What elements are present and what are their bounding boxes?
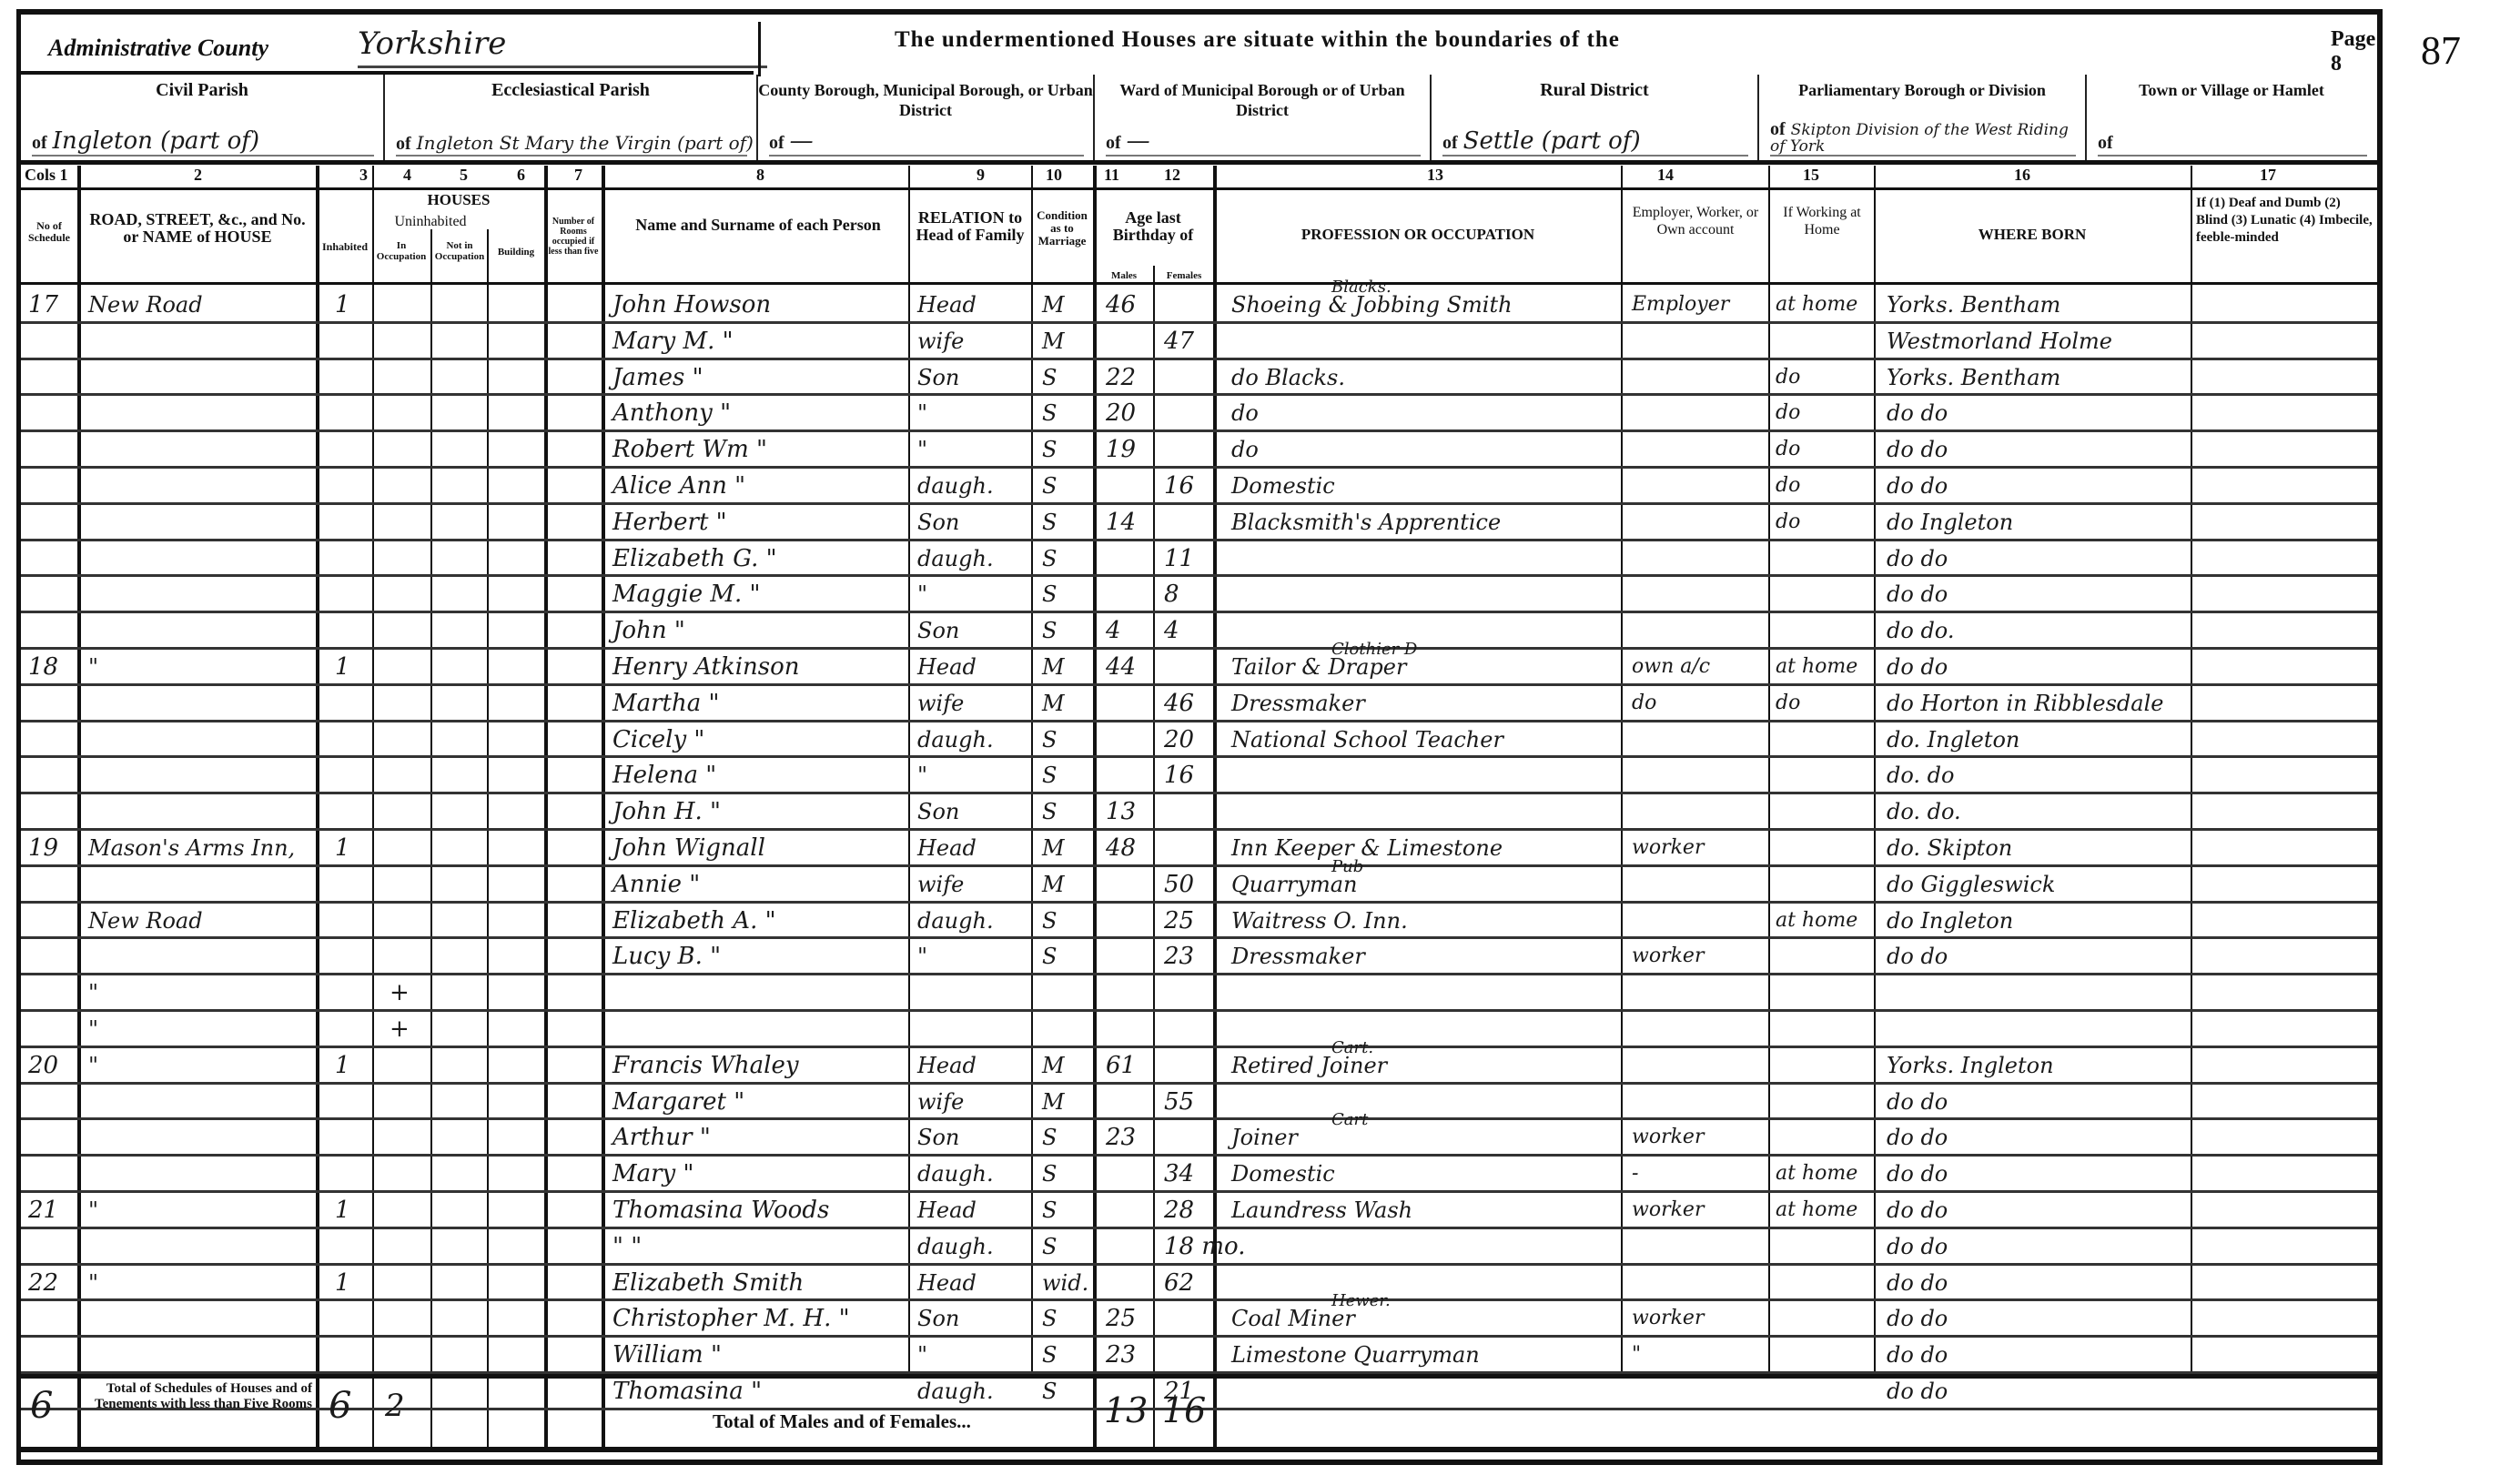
- relation: Son: [917, 614, 959, 647]
- birthplace: do do: [1887, 1267, 1948, 1299]
- row-divider: [21, 321, 2377, 324]
- header-age: Age last Birthday of: [1095, 209, 1211, 244]
- schedule-number: 21: [28, 1194, 58, 1227]
- birthplace: do do: [1887, 433, 1948, 466]
- row-divider: [21, 901, 2377, 904]
- area-value: ofIngleton St Mary the Virgin (part of): [396, 132, 747, 157]
- male-age: 19: [1106, 433, 1136, 466]
- area-label: Ecclesiastical Parish: [385, 80, 756, 100]
- person-name: James ": [612, 361, 703, 394]
- person-name: Elizabeth G. ": [612, 542, 777, 575]
- road-address: ": [88, 1049, 98, 1082]
- occupation: Dressmaker: [1231, 940, 1365, 973]
- female-age: 62: [1164, 1267, 1194, 1299]
- occupation: Blacksmith's Apprentice: [1231, 506, 1501, 539]
- person-name: John Wignall: [612, 832, 765, 864]
- person-name: Arthur ": [612, 1121, 711, 1154]
- totals-males-females-label: Total of Males and of Females...: [713, 1410, 971, 1433]
- area-value: of—: [1106, 127, 1421, 157]
- person-name: John ": [612, 614, 685, 647]
- birthplace: do do: [1887, 1339, 1948, 1371]
- census-sheet: Administrative County Yorkshire The unde…: [16, 9, 2383, 1465]
- female-age: 8: [1164, 578, 1179, 611]
- area-label: Ward of Municipal Borough or of Urban Di…: [1095, 80, 1430, 120]
- birthplace: do Ingleton: [1887, 904, 2013, 937]
- divider: [21, 160, 2377, 165]
- col-line: [2191, 166, 2192, 1376]
- employment-status: own a/c: [1632, 651, 1710, 683]
- occupation: do: [1231, 397, 1259, 429]
- row-divider: [21, 611, 2377, 613]
- birthplace: do do: [1887, 1302, 1948, 1335]
- relation: ": [917, 940, 927, 973]
- birthplace: do Ingleton: [1887, 506, 2013, 539]
- header-in-occupation: In Occupation: [374, 240, 429, 262]
- road-address: New Road: [88, 288, 203, 321]
- birthplace: do do: [1887, 1086, 1948, 1118]
- occupation-note: Hewer.: [1331, 1285, 1391, 1318]
- relation: daugh.: [917, 1157, 994, 1190]
- header-name: Name and Surname of each Person: [622, 217, 895, 234]
- uninhabited-mark: +: [390, 1013, 410, 1046]
- folio-number: 87: [2421, 27, 2461, 74]
- female-age: 46: [1164, 687, 1194, 720]
- occupation: Limestone Quarryman: [1231, 1339, 1480, 1371]
- marital-condition: M: [1042, 651, 1065, 683]
- road-address: New Road: [88, 904, 203, 937]
- occupation: Inn Keeper & Limestone: [1231, 832, 1503, 864]
- female-age: 28: [1164, 1194, 1194, 1227]
- marital-condition: S: [1042, 1157, 1057, 1190]
- area-value: of—: [769, 127, 1084, 157]
- marital-condition: M: [1042, 832, 1065, 864]
- row-divider: [21, 1298, 2377, 1301]
- male-age: 61: [1106, 1049, 1136, 1082]
- male-age: 4: [1106, 614, 1121, 647]
- person-name: Robert Wm ": [612, 433, 767, 466]
- birthplace: do. Skipton: [1887, 832, 2012, 864]
- inhabited-mark: 1: [335, 651, 350, 683]
- female-age: 11: [1164, 542, 1194, 575]
- relation: daugh.: [917, 1230, 994, 1263]
- person-name: Thomasina ": [612, 1375, 762, 1408]
- row-divider: [21, 1190, 2377, 1193]
- row-divider: [21, 358, 2377, 360]
- birthplace: do. Ingleton: [1887, 723, 2019, 756]
- row-divider: [21, 1263, 2377, 1266]
- relation: ": [917, 433, 927, 466]
- road-address: Mason's Arms Inn,: [88, 832, 295, 864]
- person-name: Martha ": [612, 687, 719, 720]
- occupation-note: Pub: [1331, 851, 1363, 884]
- marital-condition: S: [1042, 1194, 1057, 1227]
- person-name: Alice Ann ": [612, 470, 745, 502]
- relation: Head: [917, 1267, 977, 1299]
- person-name: Henry Atkinson: [612, 651, 800, 683]
- marital-condition: M: [1042, 288, 1065, 321]
- header-not-in-occupation: Not in Occupation: [432, 240, 487, 262]
- area-value: of: [2098, 127, 2367, 157]
- person-name: Margaret ": [612, 1086, 744, 1118]
- male-age: 14: [1106, 506, 1136, 539]
- birthplace: do. do: [1887, 759, 1954, 792]
- marital-condition: M: [1042, 1086, 1065, 1118]
- totals-males: 13: [1104, 1394, 1148, 1427]
- page-number: Page 8: [2331, 27, 2377, 76]
- divider: [21, 1447, 2377, 1452]
- marital-condition: M: [1042, 687, 1065, 720]
- male-age: 23: [1106, 1339, 1136, 1371]
- birthplace: do do: [1887, 578, 1948, 611]
- header-infirmity: If (1) Deaf and Dumb (2) Blind (3) Lunat…: [2196, 195, 2374, 247]
- occupation-note: Clothier D: [1331, 633, 1417, 666]
- relation: daugh.: [917, 904, 994, 937]
- relation: ": [917, 397, 927, 429]
- row-divider: [21, 720, 2377, 722]
- working-at-home: at home: [1776, 288, 1857, 321]
- birthplace: Yorks. Bentham: [1887, 361, 2060, 394]
- occupation: Waitress O. Inn.: [1231, 904, 1408, 937]
- schedule-number: 19: [28, 832, 58, 864]
- male-age: 13: [1106, 795, 1136, 828]
- area-label: Civil Parish: [21, 80, 383, 100]
- working-at-home: do: [1776, 687, 1800, 720]
- divider: [21, 187, 2377, 190]
- male-age: 44: [1106, 651, 1136, 683]
- marital-condition: S: [1042, 361, 1057, 394]
- female-age: 4: [1164, 614, 1179, 647]
- birthplace: do do: [1887, 1194, 1948, 1227]
- relation: daugh.: [917, 542, 994, 575]
- totals-schedules-count: 6: [30, 1389, 53, 1422]
- person-name: Herbert ": [612, 506, 727, 539]
- inhabited-mark: 1: [335, 288, 350, 321]
- working-at-home: at home: [1776, 904, 1857, 937]
- male-age: 25: [1106, 1302, 1136, 1335]
- marital-condition: wid.: [1042, 1267, 1088, 1299]
- relation: wife: [917, 325, 964, 358]
- row-divider: [21, 792, 2377, 794]
- area-ward: Ward of Municipal Borough or of Urban Di…: [1095, 75, 1432, 162]
- occupation: Domestic: [1231, 1157, 1335, 1190]
- occupation-note: Blacks.: [1331, 271, 1392, 304]
- relation: Son: [917, 795, 959, 828]
- person-name: Helena ": [612, 759, 716, 792]
- female-age: 16: [1164, 470, 1194, 502]
- divider: [758, 22, 761, 76]
- birthplace: do Giggleswick: [1887, 868, 2055, 901]
- row-divider: [21, 1227, 2377, 1229]
- female-age: 20: [1164, 723, 1194, 756]
- row-divider: [21, 936, 2377, 939]
- working-at-home: do: [1776, 470, 1800, 502]
- row-divider: [21, 683, 2377, 686]
- schedule-number: 20: [28, 1049, 58, 1082]
- inhabited-mark: 1: [335, 1049, 350, 1082]
- occupation: National School Teacher: [1231, 723, 1503, 756]
- col-line: [1621, 166, 1623, 1376]
- header-employer: Employer, Worker, or Own account: [1624, 204, 1766, 238]
- road-address: ": [88, 1013, 98, 1046]
- relation: ": [917, 759, 927, 792]
- female-age: 47: [1164, 325, 1194, 358]
- row-divider: [21, 1335, 2377, 1338]
- birthplace: do do: [1887, 1121, 1948, 1154]
- area-civil-parish: Civil Parish ofIngleton (part of): [21, 75, 385, 162]
- working-at-home: do: [1776, 397, 1800, 429]
- col-line: [1153, 266, 1155, 1449]
- marital-condition: S: [1042, 1121, 1057, 1154]
- row-divider: [21, 864, 2377, 867]
- relation: Son: [917, 1302, 959, 1335]
- row-divider: [21, 466, 2377, 469]
- col-line: [1768, 166, 1770, 1376]
- area-label: Town or Village or Hamlet: [2087, 80, 2376, 100]
- person-name: Elizabeth A. ": [612, 904, 776, 937]
- person-name: Mary M. ": [612, 325, 734, 358]
- row-divider: [21, 539, 2377, 541]
- employment-status: worker: [1632, 1194, 1704, 1227]
- employment-status: do: [1632, 687, 1656, 720]
- male-age: 20: [1106, 397, 1136, 429]
- marital-condition: S: [1042, 542, 1057, 575]
- person-name: William ": [612, 1339, 722, 1371]
- row-divider: [21, 1154, 2377, 1157]
- area-label: County Borough, Municipal Borough, or Ur…: [758, 80, 1093, 120]
- row-divider: [21, 755, 2377, 758]
- birthplace: do do: [1887, 940, 1948, 973]
- male-age: 22: [1106, 361, 1136, 394]
- header-schedule: No of Schedule: [21, 220, 77, 244]
- schedule-number: 17: [28, 288, 58, 321]
- header-at-home: If Working at Home: [1772, 204, 1872, 238]
- birthplace: do do: [1887, 470, 1948, 502]
- person-name: Anthony ": [612, 397, 731, 429]
- employment-status: worker: [1632, 832, 1704, 864]
- divider: [21, 1374, 2377, 1379]
- female-age: 34: [1164, 1157, 1194, 1190]
- person-name: Elizabeth Smith: [612, 1267, 804, 1299]
- column-numbers: Cols 1 2 3 4 5 6 7 8 9 10 11 12 13 14 15…: [21, 166, 2377, 186]
- birthplace: do do: [1887, 1230, 1948, 1263]
- birthplace: do do.: [1887, 614, 1954, 647]
- person-name: Thomasina Woods: [612, 1194, 829, 1227]
- relation: ": [917, 1339, 927, 1371]
- person-name: Christopher M. H. ": [612, 1302, 850, 1335]
- marital-condition: M: [1042, 1049, 1065, 1082]
- marital-condition: M: [1042, 325, 1065, 358]
- road-address: ": [88, 1267, 98, 1299]
- marital-condition: S: [1042, 795, 1057, 828]
- row-divider: [21, 1082, 2377, 1085]
- header-road: ROAD, STREET, &c., and No. or NAME of HO…: [81, 211, 314, 246]
- inhabited-mark: 1: [335, 1267, 350, 1299]
- totals-inhabited: 6: [329, 1389, 351, 1422]
- road-address: ": [88, 976, 98, 1009]
- person-name: Maggie M. ": [612, 578, 761, 611]
- marital-condition: S: [1042, 1339, 1057, 1371]
- marital-condition: S: [1042, 578, 1057, 611]
- relation: daugh.: [917, 1375, 994, 1408]
- header-rooms: Number of Rooms occupied if less than fi…: [546, 217, 601, 257]
- header-occupation: PROFESSION OR OCCUPATION: [1222, 226, 1614, 243]
- header-relation: RELATION to Head of Family: [911, 209, 1029, 244]
- header-houses: HOUSES: [374, 191, 543, 208]
- admin-county-label: Administrative County: [48, 35, 268, 62]
- occupation: do Blacks.: [1231, 361, 1345, 394]
- marital-condition: S: [1042, 1230, 1057, 1263]
- area-parliamentary-division: Parliamentary Borough or Division ofSkip…: [1759, 75, 2087, 162]
- person-name: John Howson: [612, 288, 771, 321]
- row-divider: [21, 1009, 2377, 1012]
- area-label: Parliamentary Borough or Division: [1759, 80, 2085, 100]
- col-line: [487, 229, 489, 1449]
- person-name: Cicely ": [612, 723, 704, 756]
- person-name: Lucy B. ": [612, 940, 721, 973]
- row-divider: [21, 393, 2377, 396]
- employment-status: Employer: [1632, 288, 1729, 321]
- person-name: Francis Whaley: [612, 1049, 799, 1082]
- birthplace: do do: [1887, 651, 1948, 683]
- working-at-home: do: [1776, 506, 1800, 539]
- occupation: do: [1231, 433, 1259, 466]
- row-divider: [21, 502, 2377, 505]
- male-age: 48: [1106, 832, 1136, 864]
- admin-county-value: Yorkshire: [358, 25, 767, 68]
- birthplace: do do: [1887, 1375, 1948, 1408]
- birthplace: do do: [1887, 1157, 1948, 1190]
- relation: Son: [917, 1121, 959, 1154]
- col-line: [430, 229, 432, 1449]
- marital-condition: S: [1042, 1302, 1057, 1335]
- row-divider: [21, 828, 2377, 831]
- employment-status: ": [1632, 1339, 1641, 1371]
- birthplace: do. do.: [1887, 795, 1961, 828]
- birthplace: Yorks. Bentham: [1887, 288, 2060, 321]
- header-condition: Condition as to Marriage: [1033, 209, 1091, 248]
- row-divider: [21, 973, 2377, 975]
- female-age: 18 mo.: [1164, 1230, 1245, 1263]
- road-address: ": [88, 1194, 98, 1227]
- female-age: 16: [1164, 759, 1194, 792]
- area-label: Rural District: [1432, 80, 1757, 100]
- header-uninhabited: Uninhabited: [374, 213, 487, 230]
- marital-condition: S: [1042, 470, 1057, 502]
- working-at-home: do: [1776, 361, 1800, 394]
- totals-schedules-label: Total of Schedules of Houses and of Tene…: [85, 1381, 312, 1412]
- uninhabited-mark: +: [390, 976, 410, 1009]
- employment-status: -: [1632, 1157, 1638, 1190]
- female-age: 23: [1164, 940, 1194, 973]
- row-divider: [21, 1117, 2377, 1120]
- row-divider: [21, 429, 2377, 432]
- marital-condition: S: [1042, 506, 1057, 539]
- schedule-number: 18: [28, 651, 58, 683]
- road-address: ": [88, 651, 98, 683]
- marital-condition: S: [1042, 940, 1057, 973]
- header-inhabited: Inhabited: [318, 238, 372, 256]
- totals-females: 16: [1162, 1394, 1206, 1427]
- statement-text: The undermentioned Houses are situate wi…: [895, 27, 1620, 53]
- occupation: Laundress Wash: [1231, 1194, 1412, 1227]
- birthplace: do do: [1887, 542, 1948, 575]
- schedule-number: 22: [28, 1267, 58, 1299]
- area-value: ofIngleton (part of): [32, 127, 374, 157]
- area-value: ofSettle (part of): [1442, 127, 1748, 157]
- person-name: Annie ": [612, 868, 700, 901]
- birthplace: Westmorland Holme: [1887, 325, 2112, 358]
- relation: Head: [917, 288, 977, 321]
- relation: wife: [917, 1086, 964, 1118]
- employment-status: worker: [1632, 940, 1704, 973]
- female-age: 25: [1164, 904, 1194, 937]
- relation: wife: [917, 868, 964, 901]
- header-building: Building: [489, 244, 543, 261]
- marital-condition: S: [1042, 397, 1057, 429]
- row-divider: [21, 1046, 2377, 1048]
- person-name: " ": [612, 1230, 642, 1263]
- relation: Son: [917, 506, 959, 539]
- inhabited-mark: 1: [335, 1194, 350, 1227]
- occupation: Dressmaker: [1231, 687, 1365, 720]
- area-ecclesiastical-parish: Ecclesiastical Parish ofIngleton St Mary…: [385, 75, 758, 162]
- col-line: [1874, 166, 1876, 1376]
- working-at-home: at home: [1776, 651, 1857, 683]
- relation: Head: [917, 651, 977, 683]
- relation: Son: [917, 361, 959, 394]
- employment-status: worker: [1632, 1302, 1704, 1335]
- header-where-born: WHERE BORN: [1877, 226, 2187, 243]
- area-county-borough: County Borough, Municipal Borough, or Ur…: [758, 75, 1095, 162]
- female-age: 55: [1164, 1086, 1194, 1118]
- working-at-home: at home: [1776, 1194, 1857, 1227]
- row-divider: [21, 574, 2377, 577]
- area-value: ofSkipton Division of the West Riding of…: [1770, 121, 2076, 157]
- relation: daugh.: [917, 470, 994, 502]
- inhabited-mark: 1: [335, 832, 350, 864]
- birthplace: Yorks. Ingleton: [1887, 1049, 2054, 1082]
- marital-condition: S: [1042, 1375, 1057, 1408]
- col-line: [1031, 166, 1033, 1376]
- person-name: Mary ": [612, 1157, 693, 1190]
- relation: ": [917, 578, 927, 611]
- totals-uninhabited: 2: [385, 1389, 405, 1422]
- employment-status: worker: [1632, 1121, 1704, 1154]
- area-rural-district: Rural District ofSettle (part of): [1432, 75, 1759, 162]
- person-name: John H. ": [612, 795, 721, 828]
- birthplace: do do: [1887, 397, 1948, 429]
- female-age: 50: [1164, 868, 1194, 901]
- marital-condition: S: [1042, 723, 1057, 756]
- row-divider: [21, 647, 2377, 650]
- relation: Head: [917, 1194, 977, 1227]
- col-line: [908, 166, 910, 1376]
- male-age: 46: [1106, 288, 1136, 321]
- occupation-note: Cart.: [1331, 1032, 1373, 1065]
- relation: wife: [917, 687, 964, 720]
- area-town-village: Town or Village or Hamlet of: [2087, 75, 2376, 162]
- relation: Head: [917, 832, 977, 864]
- birthplace: do Horton in Ribblesdale: [1887, 687, 2163, 720]
- occupation-note: Cart: [1331, 1104, 1368, 1137]
- marital-condition: S: [1042, 614, 1057, 647]
- occupation: Domestic: [1231, 470, 1335, 502]
- marital-condition: S: [1042, 904, 1057, 937]
- relation: daugh.: [917, 723, 994, 756]
- divider: [21, 282, 2377, 285]
- marital-condition: S: [1042, 433, 1057, 466]
- marital-condition: M: [1042, 868, 1065, 901]
